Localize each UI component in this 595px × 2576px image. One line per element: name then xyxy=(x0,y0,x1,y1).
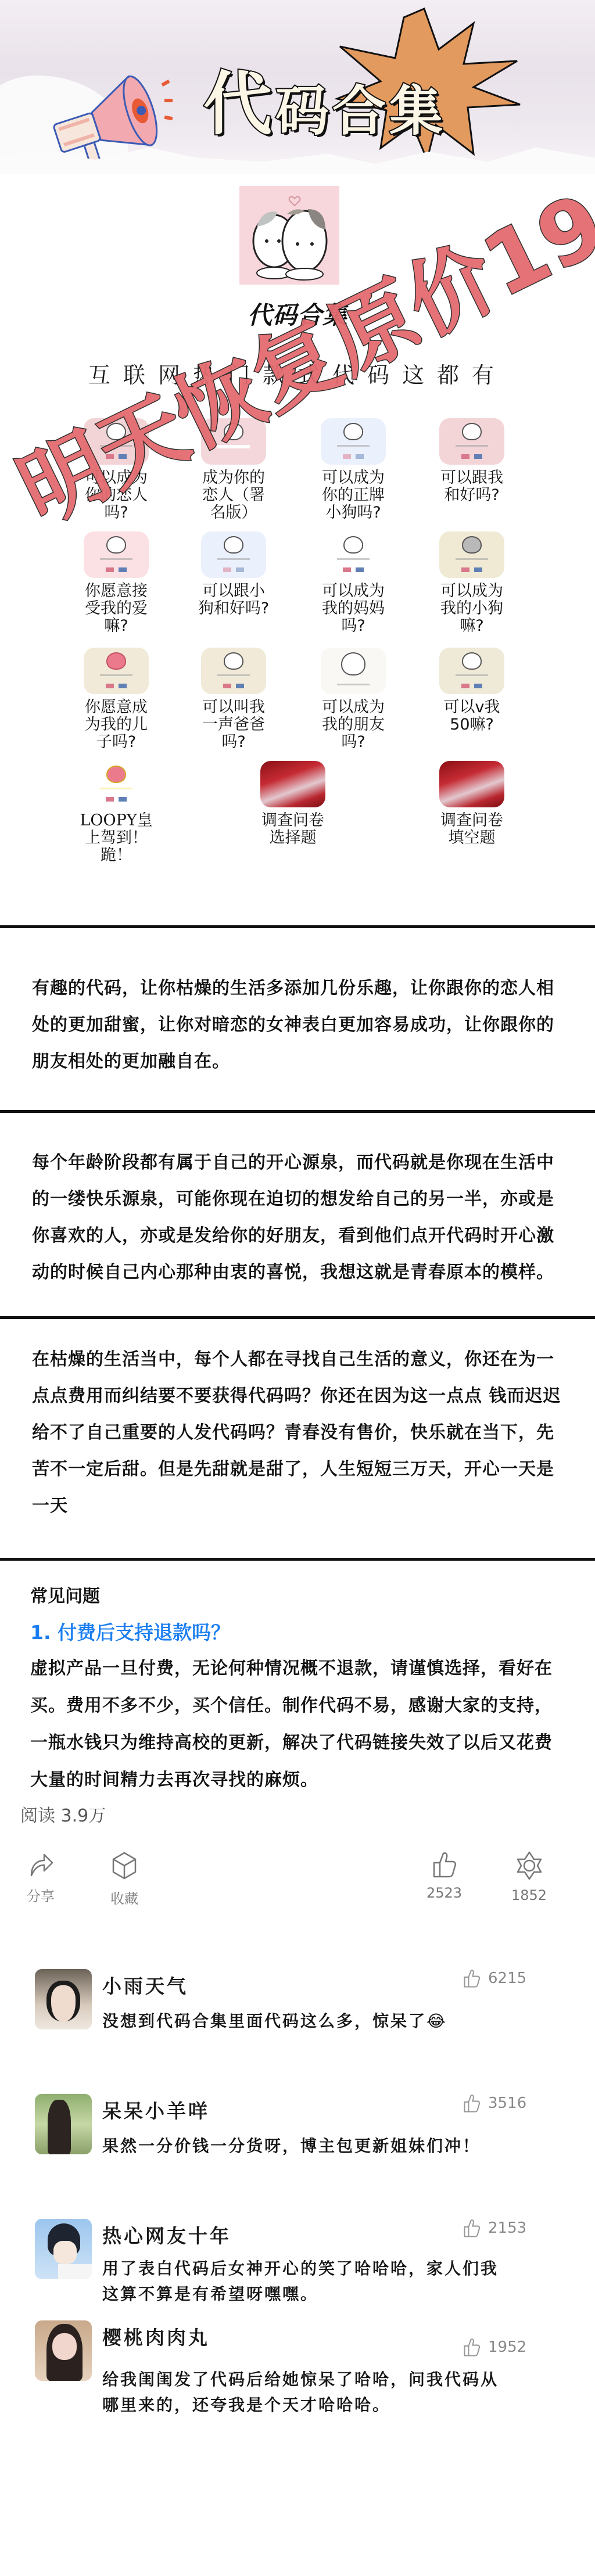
card-thumbnail[interactable] xyxy=(321,648,386,694)
comment-like-button[interactable]: 6215 xyxy=(464,1969,526,1988)
code-card[interactable]: 可以成为我的妈妈吗? xyxy=(301,531,406,635)
code-card[interactable]: 可以跟我和好吗? xyxy=(420,418,524,504)
code-card[interactable]: 可以成为我的小狗嘛? xyxy=(420,531,524,635)
card-thumbnail[interactable] xyxy=(84,648,149,694)
thumbs-up-icon xyxy=(464,2219,480,2237)
faq-section: 常见问题 1. 付费后支持退款吗？ 虚拟产品一旦付费，无论何种情况概不退款，请谨… xyxy=(0,1561,595,1799)
card-thumbnail[interactable] xyxy=(201,418,266,465)
cats-icon xyxy=(239,186,339,285)
code-card[interactable]: 可以成为你的正牌小狗吗? xyxy=(301,418,406,522)
logo-section: 代码合集 互联网热门款式代码这都有 xyxy=(0,174,595,418)
card-thumbnail[interactable] xyxy=(201,648,266,694)
code-card[interactable]: 可以成为你的恋人吗? xyxy=(64,418,169,522)
code-card[interactable]: 可以v我50嘛? xyxy=(420,648,524,734)
reward-button[interactable]: 1852 xyxy=(511,1851,547,1903)
card-thumbnail[interactable] xyxy=(321,418,386,465)
favorite-button[interactable]: 收藏 xyxy=(110,1851,138,1907)
card-label: 可以成为我的小狗嘛? xyxy=(434,583,510,635)
comment-text: 果然一分价钱一分货呀，博主包更新姐妹们冲！ xyxy=(102,2133,521,2159)
card-thumbnail[interactable] xyxy=(84,761,149,807)
share-label: 分享 xyxy=(27,1888,55,1905)
card-label: 可以成为我的朋友吗? xyxy=(316,699,391,751)
comment-text: 用了表白代码后女神开心的笑了哈哈哈，家人们我这算不算是有希望呀嘿嘿。 xyxy=(102,2256,509,2307)
card-label: 可以叫我一声爸爸吗? xyxy=(196,699,271,751)
banner-title-char: 合 xyxy=(332,85,386,138)
intro-paragraph-2: 每个年龄阶段都有属于自己的开心源泉，而代码就是你现在生活中的一缕快乐源泉，可能你… xyxy=(0,1113,595,1316)
banner-title: 代 码 合 集 xyxy=(203,70,443,138)
banner-title-char: 集 xyxy=(389,85,443,138)
card-label: 可以成为你的正牌小狗吗? xyxy=(316,469,391,522)
thumbs-up-icon xyxy=(433,1851,456,1878)
faq-title: 常见问题 xyxy=(30,1585,565,1608)
cube-favorite-icon xyxy=(112,1851,137,1880)
card-thumbnail[interactable] xyxy=(439,418,504,465)
card-label: 可以成为你的恋人吗? xyxy=(78,469,154,522)
logo-title: 代码合集 xyxy=(0,296,595,331)
banner-title-char: 码 xyxy=(275,85,329,138)
comment-like-count: 2153 xyxy=(488,2219,526,2237)
comment-text: 给我闺闺发了代码后给她惊呆了哈哈，问我代码从哪里来的，还夸我是个天才哈哈哈。 xyxy=(102,2367,509,2418)
reward-count: 1852 xyxy=(511,1887,547,1903)
survey-card-fill[interactable]: 调查问卷填空题 xyxy=(420,761,524,847)
card-thumbnail[interactable] xyxy=(439,531,504,578)
survey-card-choice[interactable]: 调查问卷选择题 xyxy=(241,761,345,847)
banner-title-char: 代 xyxy=(203,70,272,138)
card-label: 调查问卷填空题 xyxy=(434,812,510,847)
avatar[interactable] xyxy=(35,2219,92,2279)
header-banner: 代 码 合 集 xyxy=(0,0,595,174)
faq-question: 1. 付费后支持退款吗？ xyxy=(30,1620,565,1646)
card-label: 可以v我50嘛? xyxy=(434,699,510,734)
share-button[interactable]: 分享 xyxy=(27,1851,55,1905)
avatar[interactable] xyxy=(35,2320,92,2381)
card-label: 可以成为我的妈妈吗? xyxy=(316,583,391,635)
card-label: 成为你的恋人（署名版） xyxy=(196,469,271,522)
card-label: 调查问卷选择题 xyxy=(255,812,331,847)
thumbs-up-icon xyxy=(464,2338,480,2356)
commenter-name: 热心网友十年 xyxy=(102,2221,231,2248)
code-card[interactable]: 成为你的恋人（署名版） xyxy=(181,418,286,522)
card-label: LOOPY皇上驾到！跪！ xyxy=(78,812,154,864)
commenter-name: 呆呆小羊咩 xyxy=(102,2096,210,2124)
comment-like-count: 3516 xyxy=(488,2094,526,2112)
commenter-name: 樱桃肉肉丸 xyxy=(102,2323,210,2350)
comment-list: 小雨天气 6215 没想到代码合集里面代码这么多，惊呆了😂 呆呆小羊咩 3516… xyxy=(0,1920,595,2576)
code-card[interactable]: 可以叫我一声爸爸吗? xyxy=(181,648,286,751)
like-button[interactable]: 2523 xyxy=(426,1851,462,1901)
action-bar: 分享 收藏 2523 1852 xyxy=(0,1827,595,1920)
logo-subtitle: 互联网热门款式代码这都有 xyxy=(0,357,595,389)
card-thumbnail[interactable] xyxy=(260,761,325,807)
code-card[interactable]: LOOPY皇上驾到！跪！ xyxy=(64,761,169,864)
commenter-name: 小雨天气 xyxy=(102,1971,188,1999)
like-count: 2523 xyxy=(426,1885,462,1901)
card-label: 可以跟我和好吗? xyxy=(434,469,510,504)
intro-paragraph-1: 有趣的代码，让你枯燥的生活多添加几份乐趣，让你跟你的恋人相处的更加甜蜜，让你对暗… xyxy=(0,928,595,1110)
card-label: 你愿意接受我的爱嘛? xyxy=(78,583,154,635)
card-thumbnail[interactable] xyxy=(321,531,386,578)
comment-like-button[interactable]: 1952 xyxy=(464,2338,526,2356)
thumbs-up-icon xyxy=(464,1969,480,1988)
card-thumbnail[interactable] xyxy=(439,648,504,694)
card-thumbnail[interactable] xyxy=(201,531,266,578)
card-thumbnail[interactable] xyxy=(84,531,149,578)
comment-like-button[interactable]: 2153 xyxy=(464,2219,526,2237)
code-card[interactable]: 可以跟小狗和好吗? xyxy=(181,531,286,617)
avatar[interactable] xyxy=(35,1969,92,2029)
code-card[interactable]: 你愿意接受我的爱嘛? xyxy=(64,531,169,635)
code-card-grid: 可以成为你的恋人吗? 成为你的恋人（署名版） 可以成为你的正牌小狗吗? 可以跟我… xyxy=(0,418,595,918)
card-label: 你愿意成为我的儿子吗? xyxy=(78,699,154,751)
code-card[interactable]: 可以成为我的朋友吗? xyxy=(301,648,406,751)
thumbs-up-icon xyxy=(464,2094,480,2112)
avatar[interactable] xyxy=(35,2094,92,2154)
code-card[interactable]: 你愿意成为我的儿子吗? xyxy=(64,648,169,751)
intro-paragraph-3: 在枯燥的生活当中，每个人都在寻找自己生活的意义，你还在为一点点费用而纠结要不要获… xyxy=(0,1319,595,1558)
cats-logo-image xyxy=(239,186,339,285)
read-count: 阅读 3.9万 xyxy=(0,1801,595,1827)
star-reward-icon xyxy=(517,1851,542,1880)
share-icon xyxy=(28,1851,53,1878)
favorite-label: 收藏 xyxy=(110,1891,138,1907)
card-label: 可以跟小狗和好吗? xyxy=(196,583,271,617)
faq-answer: 虚拟产品一旦付费，无论何种情况概不退款，请谨慎选择，看好在买。费用不多不少，买个… xyxy=(30,1650,565,1799)
comment-like-button[interactable]: 3516 xyxy=(464,2094,526,2112)
comment-text: 没想到代码合集里面代码这么多，惊呆了😂 xyxy=(102,2009,521,2034)
card-thumbnail[interactable] xyxy=(84,418,149,465)
comment-like-count: 6215 xyxy=(488,1970,526,1987)
card-thumbnail[interactable] xyxy=(439,761,504,807)
comment-like-count: 1952 xyxy=(488,2338,526,2356)
